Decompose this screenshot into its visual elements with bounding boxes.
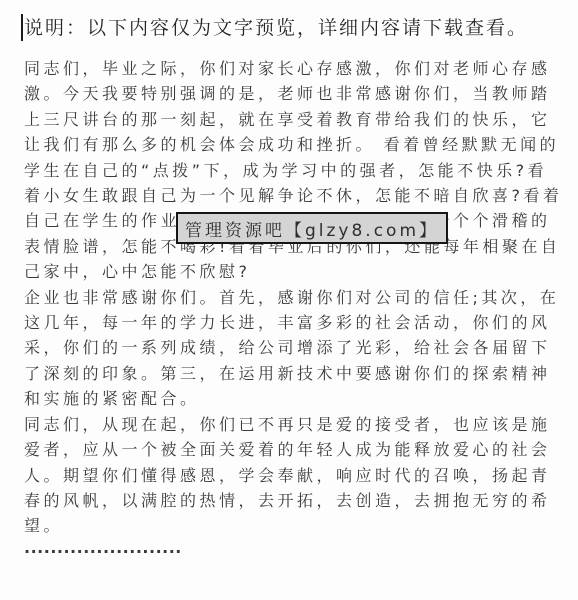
ellipsis-row: ························ bbox=[24, 539, 572, 564]
watermark-label: 管理资源吧【glzy8.com】 bbox=[185, 216, 439, 241]
watermark-badge: 管理资源吧【glzy8.com】 bbox=[176, 212, 448, 244]
text-cursor bbox=[21, 14, 23, 41]
paragraph-2: 企业也非常感谢你们。首先，感谢你们对公司的信任;其次，在 这几年，每一年的学力长… bbox=[24, 285, 572, 412]
preview-notice: 说明：以下内容仅为文字预览，详细内容请下载查看。 bbox=[24, 14, 528, 42]
paragraph-1: 同志们，毕业之际，你们对家长心存感激，你们对老师心存感 激。今天我要特别强调的是… bbox=[24, 56, 572, 285]
preview-page: { "page": { "background": "#fdfdfd", "te… bbox=[0, 0, 578, 600]
document-preview: 同志们，毕业之际，你们对家长心存感激，你们对老师心存感 激。今天我要特别强调的是… bbox=[24, 56, 572, 564]
paragraph-3: 同志们，从现在起，你们已不再只是爱的接受者，也应该是施 爱者，应从一个被全面关爱… bbox=[24, 412, 572, 539]
